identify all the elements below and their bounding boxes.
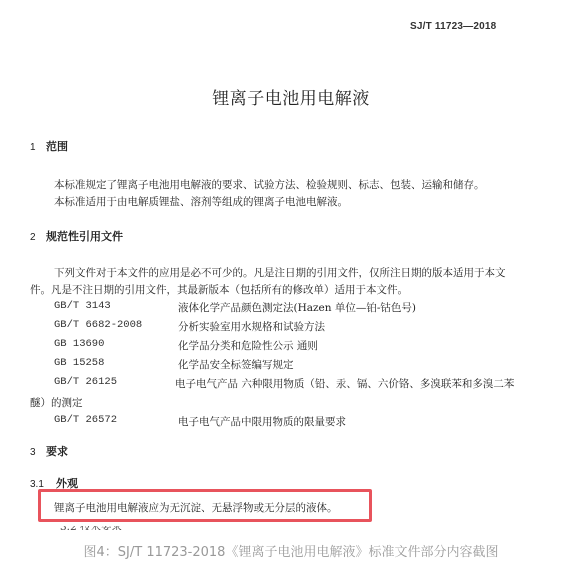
- reference-code: GB/T 3143: [54, 300, 111, 312]
- document-title: 锂离子电池用电解液: [0, 84, 582, 109]
- references-intro-line-2: 件。凡是不注日期的引用文件，其最新版本（包括所有的修改单）适用于本文件。: [30, 282, 408, 297]
- scope-paragraph-1: 本标准规定了锂离子电池用电解液的要求、试验方法、检验规则、标志、包装、运输和储存…: [54, 177, 485, 192]
- reference-code: GB 15258: [54, 357, 104, 369]
- section-number: 1: [30, 142, 46, 153]
- section-title: 规范性引用文件: [46, 230, 123, 243]
- figure-caption: 图4：SJ/T 11723-2018《锂离子电池用电解液》标准文件部分内容截图: [0, 541, 582, 560]
- scope-paragraph-2: 本标准适用于由电解质锂盐、溶剂等组成的锂离子电池电解液。: [54, 194, 348, 209]
- section-title: 要求: [46, 445, 68, 458]
- section-title: 范围: [46, 140, 68, 153]
- reference-code: GB/T 26572: [54, 414, 117, 426]
- references-intro-line-1: 下列文件对于本文件的应用是必不可少的。凡是注日期的引用文件，仅所注日期的版本适用…: [54, 265, 506, 280]
- reference-title: 化学品安全标签编写规定: [178, 357, 294, 372]
- highlighted-requirement: 锂离子电池用电解液应为无沉淀、无悬浮物或无分层的液体。: [54, 500, 338, 515]
- reference-title: 分析实验室用水规格和试验方法: [178, 319, 325, 334]
- section-number: 2: [30, 232, 46, 243]
- section-3-heading: 3要求: [30, 443, 68, 459]
- reference-title: 电子电气产品中限用物质的限量要求: [178, 414, 346, 429]
- reference-title: 液体化学产品颜色测定法(Hazen 单位—铂-钴色号): [178, 300, 416, 315]
- reference-code: GB 13690: [54, 338, 104, 350]
- reference-title: 化学品分类和危险性公示 通则: [178, 338, 318, 353]
- section-1-heading: 1范围: [30, 138, 68, 154]
- reference-title-continuation: 醚）的测定: [30, 395, 83, 410]
- reference-title: 电子电气产品 六种限用物质（铅、汞、镉、六价铬、多溴联苯和多溴二苯: [175, 376, 514, 391]
- section-number: 3: [30, 447, 46, 458]
- cutoff-next-line: 3.2 技术要求: [60, 526, 122, 530]
- reference-code: GB/T 6682-2008: [54, 319, 142, 331]
- section-2-heading: 2规范性引用文件: [30, 228, 123, 244]
- standard-number: SJ/T 11723—2018: [410, 21, 496, 32]
- reference-code: GB/T 26125: [54, 376, 117, 388]
